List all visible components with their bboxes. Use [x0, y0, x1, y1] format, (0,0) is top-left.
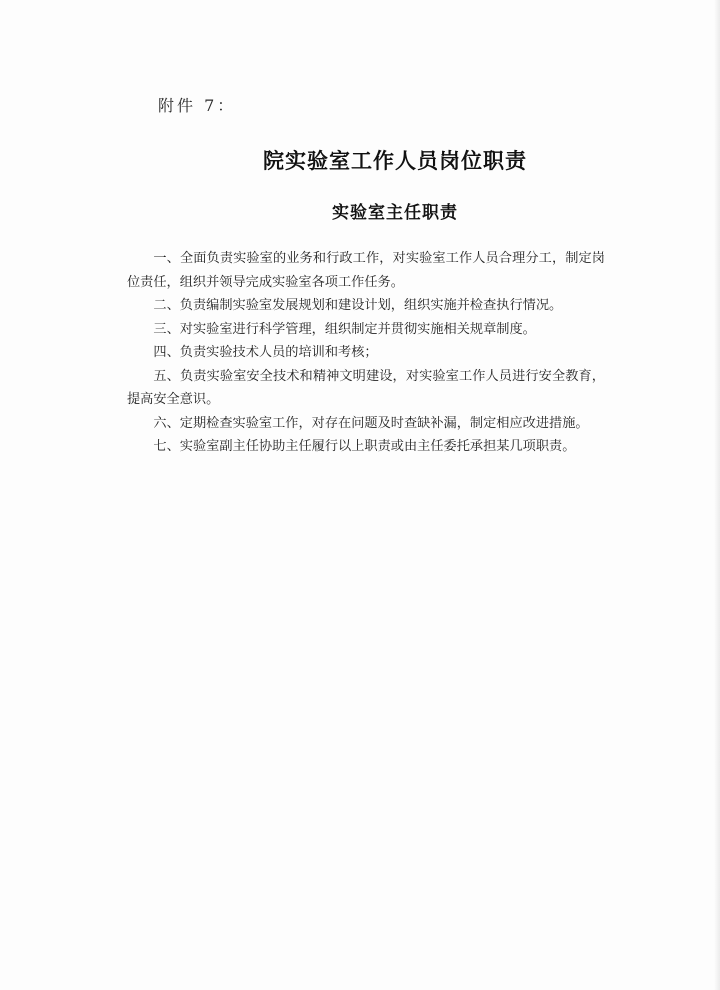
duty-item-3: 三、对实验室进行科学管理，组织制定并贯彻实施相关规章制度。 — [127, 318, 605, 342]
section-subtitle: 实验室主任职责 — [0, 198, 720, 223]
duties-list: 一、全面负责实验室的业务和行政工作，对实验室工作人员合理分工，制定岗位责任，组织… — [127, 247, 605, 459]
document-title: 院实验室工作人员岗位职责 — [0, 145, 720, 175]
duty-item-2: 二、负责编制实验室发展规划和建设计划，组织实施并检查执行情况。 — [127, 294, 605, 318]
duty-item-6: 六、定期检查实验室工作，对存在问题及时查缺补漏，制定相应改进措施。 — [127, 412, 605, 436]
duty-item-5: 五、负责实验室安全技术和精神文明建设，对实验室工作人员进行安全教育，提高安全意识… — [127, 365, 605, 412]
scan-edge — [714, 0, 720, 990]
attachment-label: 附件 7： — [158, 93, 236, 116]
duty-item-1: 一、全面负责实验室的业务和行政工作，对实验室工作人员合理分工，制定岗位责任，组织… — [127, 247, 605, 294]
duty-item-4: 四、负责实验技术人员的培训和考核； — [127, 341, 605, 365]
duty-item-7: 七、实验室副主任协助主任履行以上职责或由主任委托承担某几项职责。 — [127, 435, 605, 459]
